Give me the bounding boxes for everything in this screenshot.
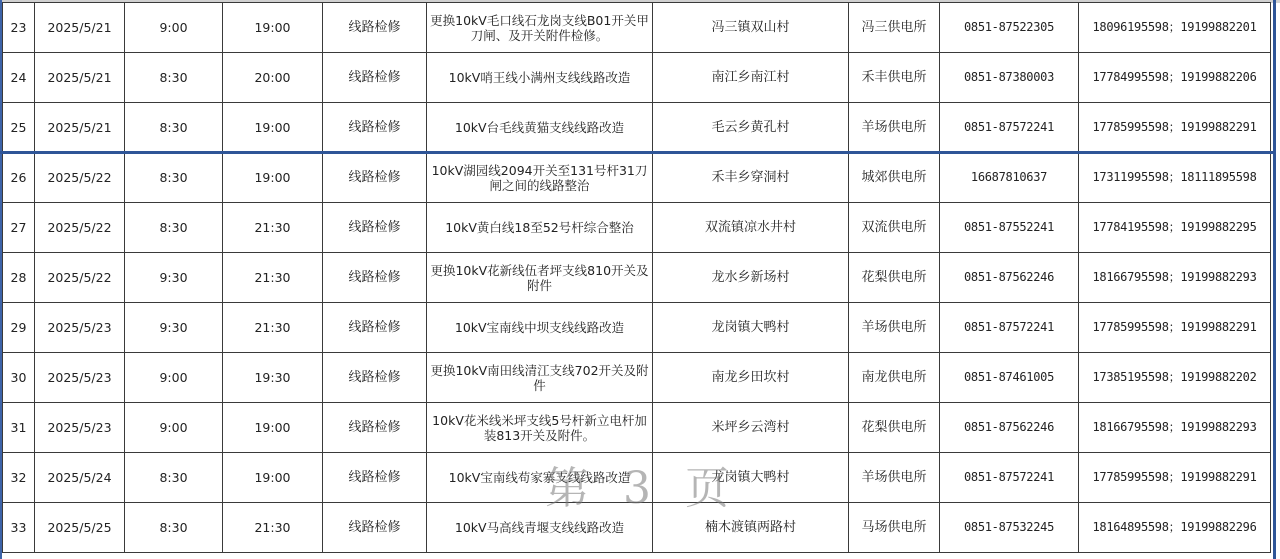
start-time: 8:30 xyxy=(125,453,223,503)
end-time: 19:00 xyxy=(223,3,323,53)
affected-area: 双流镇凉水井村 xyxy=(653,203,849,253)
row-number: 24 xyxy=(3,53,35,103)
power-station: 马场供电所 xyxy=(849,503,940,553)
station-phone: 0851-87532245 xyxy=(940,503,1079,553)
work-type: 线路检修 xyxy=(323,403,427,453)
affected-area: 龙岗镇大鸭村 xyxy=(653,303,849,353)
contact-mobiles: 17785995598；19199882291 xyxy=(1079,453,1271,503)
work-type: 线路检修 xyxy=(323,503,427,553)
table-row: 30 2025/5/23 9:00 19:30 线路检修 更换10kV南田线清江… xyxy=(3,353,1271,403)
power-station: 花梨供电所 xyxy=(849,253,940,303)
work-type: 线路检修 xyxy=(323,3,427,53)
station-phone: 16687810637 xyxy=(940,153,1079,203)
start-time: 8:30 xyxy=(125,503,223,553)
contact-mobiles: 17784195598；19199882295 xyxy=(1079,203,1271,253)
work-content: 10kV马高线青堰支线线路改造 xyxy=(427,503,653,553)
contact-mobiles: 18166795598；19199882293 xyxy=(1079,403,1271,453)
work-content: 10kV花米线米坪支线5号杆新立电杆加装813开关及附件。 xyxy=(427,403,653,453)
contact-mobiles: 17311995598；18111895598 xyxy=(1079,153,1271,203)
outage-schedule-table: 23 2025/5/21 9:00 19:00 线路检修 更换10kV毛口线石龙… xyxy=(2,2,1271,553)
start-time: 8:30 xyxy=(125,53,223,103)
power-station: 羊场供电所 xyxy=(849,303,940,353)
outage-date: 2025/5/21 xyxy=(35,53,125,103)
work-content: 10kV宝南线中坝支线线路改造 xyxy=(427,303,653,353)
row-number: 23 xyxy=(3,3,35,53)
outage-date: 2025/5/22 xyxy=(35,153,125,203)
table-row: 26 2025/5/22 8:30 19:00 线路检修 10kV湖园线2094… xyxy=(3,153,1271,203)
start-time: 9:00 xyxy=(125,353,223,403)
affected-area: 龙岗镇大鸭村 xyxy=(653,453,849,503)
outage-date: 2025/5/25 xyxy=(35,503,125,553)
affected-area: 禾丰乡穿洞村 xyxy=(653,153,849,203)
outage-date: 2025/5/23 xyxy=(35,303,125,353)
outage-date: 2025/5/22 xyxy=(35,203,125,253)
work-type: 线路检修 xyxy=(323,53,427,103)
work-content: 10kV台毛线黄猫支线线路改造 xyxy=(427,103,653,153)
right-frame-border xyxy=(1273,0,1276,559)
station-phone: 0851-87461005 xyxy=(940,353,1079,403)
power-station: 南龙供电所 xyxy=(849,353,940,403)
end-time: 19:00 xyxy=(223,403,323,453)
end-time: 20:00 xyxy=(223,53,323,103)
end-time: 19:30 xyxy=(223,353,323,403)
station-phone: 0851-87562246 xyxy=(940,403,1079,453)
outage-date: 2025/5/24 xyxy=(35,453,125,503)
affected-area: 南龙乡田坎村 xyxy=(653,353,849,403)
work-type: 线路检修 xyxy=(323,153,427,203)
row-number: 33 xyxy=(3,503,35,553)
table-row: 24 2025/5/21 8:30 20:00 线路检修 10kV哨王线小满州支… xyxy=(3,53,1271,103)
work-content: 10kV宝南线苟家寨支线线路改造 xyxy=(427,453,653,503)
start-time: 8:30 xyxy=(125,153,223,203)
work-type: 线路检修 xyxy=(323,353,427,403)
start-time: 9:00 xyxy=(125,403,223,453)
table-row: 32 2025/5/24 8:30 19:00 线路检修 10kV宝南线苟家寨支… xyxy=(3,453,1271,503)
station-phone: 0851-87572241 xyxy=(940,453,1079,503)
power-station: 羊场供电所 xyxy=(849,453,940,503)
work-content: 更换10kV南田线清江支线702开关及附件 xyxy=(427,353,653,403)
end-time: 19:00 xyxy=(223,153,323,203)
row-number: 32 xyxy=(3,453,35,503)
work-content: 10kV哨王线小满州支线线路改造 xyxy=(427,53,653,103)
contact-mobiles: 17785995598；19199882291 xyxy=(1079,303,1271,353)
end-time: 21:30 xyxy=(223,253,323,303)
outage-date: 2025/5/22 xyxy=(35,253,125,303)
contact-mobiles: 17784995598；19199882206 xyxy=(1079,53,1271,103)
work-type: 线路检修 xyxy=(323,253,427,303)
end-time: 19:00 xyxy=(223,103,323,153)
table-row: 33 2025/5/25 8:30 21:30 线路检修 10kV马高线青堰支线… xyxy=(3,503,1271,553)
contact-mobiles: 18164895598；19199882296 xyxy=(1079,503,1271,553)
work-type: 线路检修 xyxy=(323,203,427,253)
table-row: 28 2025/5/22 9:30 21:30 线路检修 更换10kV花新线伍者… xyxy=(3,253,1271,303)
row-number: 27 xyxy=(3,203,35,253)
start-time: 8:30 xyxy=(125,103,223,153)
station-phone: 0851-87552241 xyxy=(940,203,1079,253)
end-time: 21:30 xyxy=(223,203,323,253)
date-group-divider xyxy=(0,151,1276,154)
power-station: 城郊供电所 xyxy=(849,153,940,203)
outage-date: 2025/5/23 xyxy=(35,403,125,453)
left-frame-border xyxy=(0,0,2,559)
row-number: 29 xyxy=(3,303,35,353)
work-type: 线路检修 xyxy=(323,303,427,353)
outage-date: 2025/5/21 xyxy=(35,103,125,153)
power-station: 冯三供电所 xyxy=(849,3,940,53)
table-row: 27 2025/5/22 8:30 21:30 线路检修 10kV黄白线18至5… xyxy=(3,203,1271,253)
contact-mobiles: 17785995598；19199882291 xyxy=(1079,103,1271,153)
work-type: 线路检修 xyxy=(323,103,427,153)
affected-area: 冯三镇双山村 xyxy=(653,3,849,53)
table-row: 29 2025/5/23 9:30 21:30 线路检修 10kV宝南线中坝支线… xyxy=(3,303,1271,353)
contact-mobiles: 18096195598；19199882201 xyxy=(1079,3,1271,53)
start-time: 9:30 xyxy=(125,303,223,353)
row-number: 28 xyxy=(3,253,35,303)
contact-mobiles: 17385195598；19199882202 xyxy=(1079,353,1271,403)
station-phone: 0851-87572241 xyxy=(940,103,1079,153)
end-time: 21:30 xyxy=(223,503,323,553)
table-body: 23 2025/5/21 9:00 19:00 线路检修 更换10kV毛口线石龙… xyxy=(3,3,1271,553)
affected-area: 毛云乡黄孔村 xyxy=(653,103,849,153)
row-number: 31 xyxy=(3,403,35,453)
work-content: 10kV湖园线2094开关至131号杆31刀闸之间的线路整治 xyxy=(427,153,653,203)
power-station: 花梨供电所 xyxy=(849,403,940,453)
start-time: 9:30 xyxy=(125,253,223,303)
work-content: 10kV黄白线18至52号杆综合整治 xyxy=(427,203,653,253)
start-time: 8:30 xyxy=(125,203,223,253)
row-number: 25 xyxy=(3,103,35,153)
contact-mobiles: 18166795598；19199882293 xyxy=(1079,253,1271,303)
affected-area: 米坪乡云湾村 xyxy=(653,403,849,453)
row-number: 30 xyxy=(3,353,35,403)
outage-date: 2025/5/21 xyxy=(35,3,125,53)
table-row: 25 2025/5/21 8:30 19:00 线路检修 10kV台毛线黄猫支线… xyxy=(3,103,1271,153)
outage-schedule-sheet: 23 2025/5/21 9:00 19:00 线路检修 更换10kV毛口线石龙… xyxy=(0,0,1280,559)
power-station: 禾丰供电所 xyxy=(849,53,940,103)
power-station: 双流供电所 xyxy=(849,203,940,253)
power-station: 羊场供电所 xyxy=(849,103,940,153)
station-phone: 0851-87522305 xyxy=(940,3,1079,53)
start-time: 9:00 xyxy=(125,3,223,53)
station-phone: 0851-87562246 xyxy=(940,253,1079,303)
end-time: 21:30 xyxy=(223,303,323,353)
affected-area: 龙水乡新场村 xyxy=(653,253,849,303)
affected-area: 楠木渡镇两路村 xyxy=(653,503,849,553)
work-content: 更换10kV毛口线石龙岗支线B01开关甲刀闸、及开关附件检修。 xyxy=(427,3,653,53)
table-row: 31 2025/5/23 9:00 19:00 线路检修 10kV花米线米坪支线… xyxy=(3,403,1271,453)
work-type: 线路检修 xyxy=(323,453,427,503)
station-phone: 0851-87380003 xyxy=(940,53,1079,103)
work-content: 更换10kV花新线伍者坪支线810开关及附件 xyxy=(427,253,653,303)
station-phone: 0851-87572241 xyxy=(940,303,1079,353)
row-number: 26 xyxy=(3,153,35,203)
outage-date: 2025/5/23 xyxy=(35,353,125,403)
table-row: 23 2025/5/21 9:00 19:00 线路检修 更换10kV毛口线石龙… xyxy=(3,3,1271,53)
end-time: 19:00 xyxy=(223,453,323,503)
affected-area: 南江乡南江村 xyxy=(653,53,849,103)
